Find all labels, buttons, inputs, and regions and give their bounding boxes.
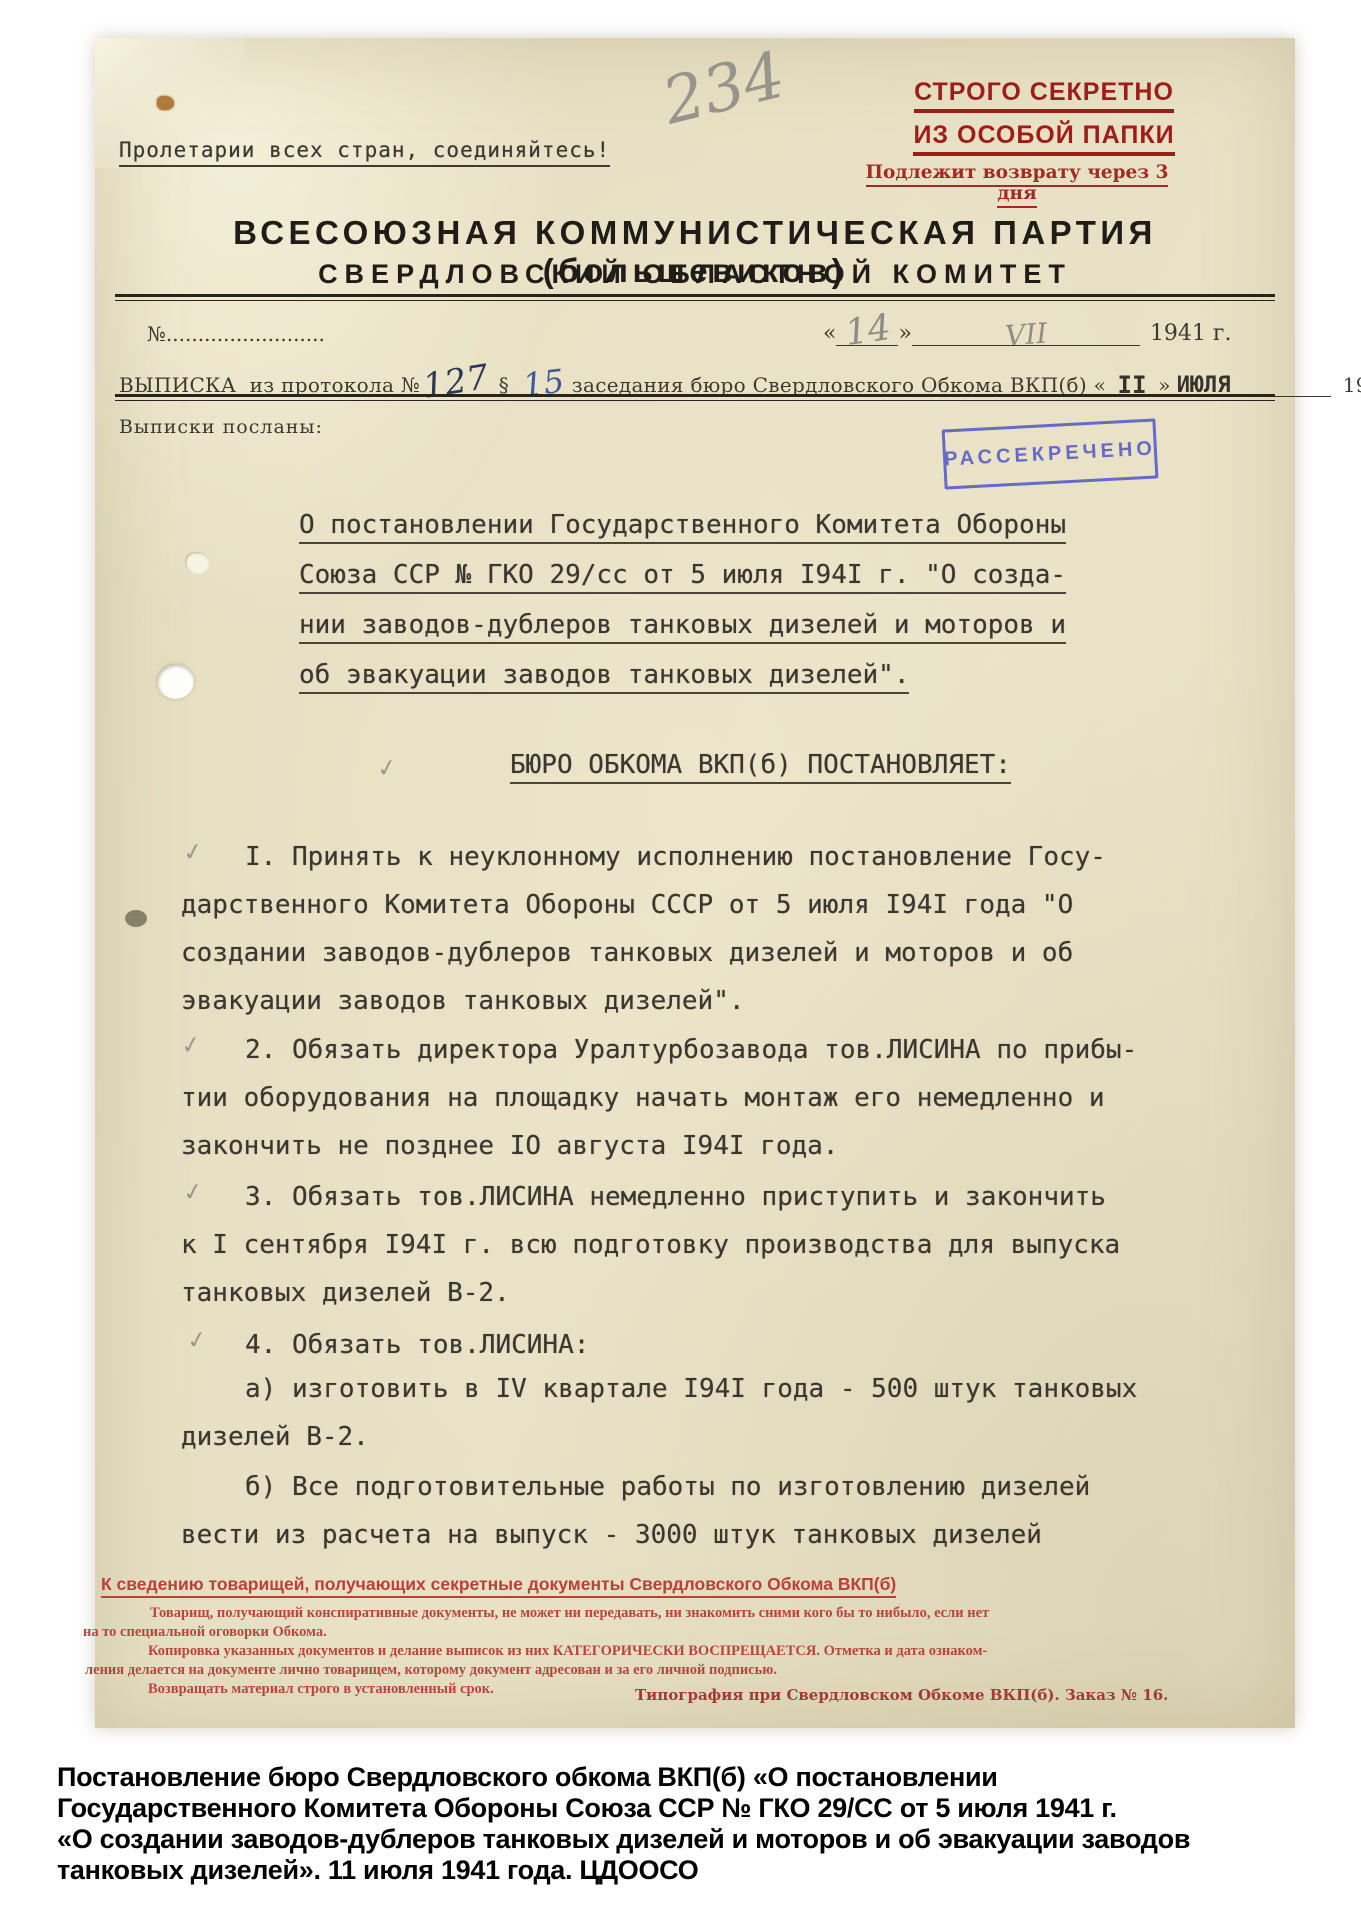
print-shop-line: Типография при Свердловском Обкоме ВКП(б… — [635, 1686, 1168, 1704]
document-scan: Пролетарии всех стран, соединяйтесь! 234… — [0, 0, 1361, 1920]
dark-stain — [125, 910, 147, 927]
small-tear-spot — [185, 552, 209, 574]
number-field: №......................... — [147, 322, 325, 346]
committee-name-heading: СВЕРДЛОВСКИЙ ОБЛАСТНОЙ КОМИТЕТ — [95, 259, 1295, 290]
date-field: « 14 » VII 1941 г. — [823, 304, 1231, 346]
subject-line: О постановлении Государственного Комитет… — [299, 500, 1066, 550]
paper-speck — [157, 96, 174, 110]
special-folder-stamp: ИЗ ОСОБОЙ ПАПКИ — [913, 121, 1175, 150]
handwritten-day: 14 — [842, 307, 893, 354]
subject-line: Союза ССР № ГКО 29/сс от 5 июля I94I г. … — [299, 550, 1066, 600]
notice-line: Товарищ, получающий конспиративные докум… — [150, 1604, 1303, 1623]
subparagraph-a: а) изготовить в IV квартале I94I года - … — [181, 1365, 1221, 1461]
notice-line: Копировка указанных документов и делание… — [148, 1642, 1303, 1661]
day-blank: 14 — [836, 304, 898, 346]
resolution-heading: БЮРО ОБКОМА ВКП(б) ПОСТАНОВЛЯЕТ: — [510, 750, 1011, 780]
subject-line: об эвакуации заводов танковых дизелей". — [299, 650, 1066, 700]
year-label: 1941 г. — [1150, 321, 1232, 346]
paper-sheet: Пролетарии всех стран, соединяйтесь! 234… — [95, 38, 1295, 1728]
punch-hole — [157, 664, 194, 699]
paragraph-2: 2. Обязать директора Уралтурбозавода тов… — [181, 1026, 1221, 1170]
meeting-year-label: 1941 г. — [1343, 373, 1361, 397]
caption-line: «О создании заводов-дублеров танковых ди… — [57, 1824, 1349, 1855]
margin-checkmark: ✓ — [375, 752, 400, 783]
copies-sent-label: Выписки посланы: — [119, 416, 323, 438]
notice-line: ления делается на документе лично товари… — [85, 1661, 1303, 1680]
subparagraph-b: б) Все подготовительные работы по изгото… — [181, 1463, 1221, 1559]
pencil-page-number: 234 — [656, 38, 792, 139]
subject-title: О постановлении Государственного Комитет… — [299, 500, 1066, 700]
open-quote: « — [823, 321, 836, 346]
archival-caption: Постановление бюро Свердловского обкома … — [57, 1762, 1349, 1886]
paragraph-4: 4. Обязать тов.ЛИСИНА: — [181, 1321, 1221, 1369]
extract-protocol-line: ВЫПИСКА из протокола № 127 § 15 заседани… — [119, 356, 1361, 397]
subject-line: нии заводов-дублеров танковых дизелей и … — [299, 600, 1066, 650]
declassified-stamp: РАССЕКРЕЧЕНО — [942, 418, 1159, 489]
caption-line: Постановление бюро Свердловского обкома … — [57, 1762, 1349, 1793]
caption-line: танковых дизелей». 11 июля 1941 года. ЦД… — [57, 1855, 1349, 1886]
paragraph-number-blank: 15 — [516, 358, 572, 397]
paragraph-1: I. Принять к неуклонному исполнению пост… — [181, 833, 1221, 1025]
close-quote: » — [898, 321, 911, 346]
return-note: Подлежит возврату через 3 дня — [857, 162, 1177, 204]
handwritten-month: VII — [1004, 317, 1049, 353]
month-blank: VII — [912, 312, 1140, 346]
security-notice-heading: К сведению товарищей, получающих секретн… — [101, 1574, 896, 1595]
notice-line: на то специальной оговорки Обкома. — [83, 1623, 1303, 1642]
protocol-number-blank: 127 — [420, 356, 492, 397]
horizontal-rule — [115, 294, 1275, 301]
slogan: Пролетарии всех стран, соединяйтесь! — [119, 138, 610, 162]
horizontal-rule-2 — [115, 394, 1275, 401]
paragraph-3: 3. Обязать тов.ЛИСИНА немедленно приступ… — [181, 1173, 1221, 1317]
caption-line: Государственного Комитета Обороны Союза … — [57, 1793, 1349, 1824]
meeting-day-blank: II — [1106, 368, 1158, 397]
top-secret-stamp: СТРОГО СЕКРЕТНО — [913, 78, 1175, 107]
security-notice-text: Товарищ, получающий конспиративные докум… — [83, 1604, 1303, 1699]
